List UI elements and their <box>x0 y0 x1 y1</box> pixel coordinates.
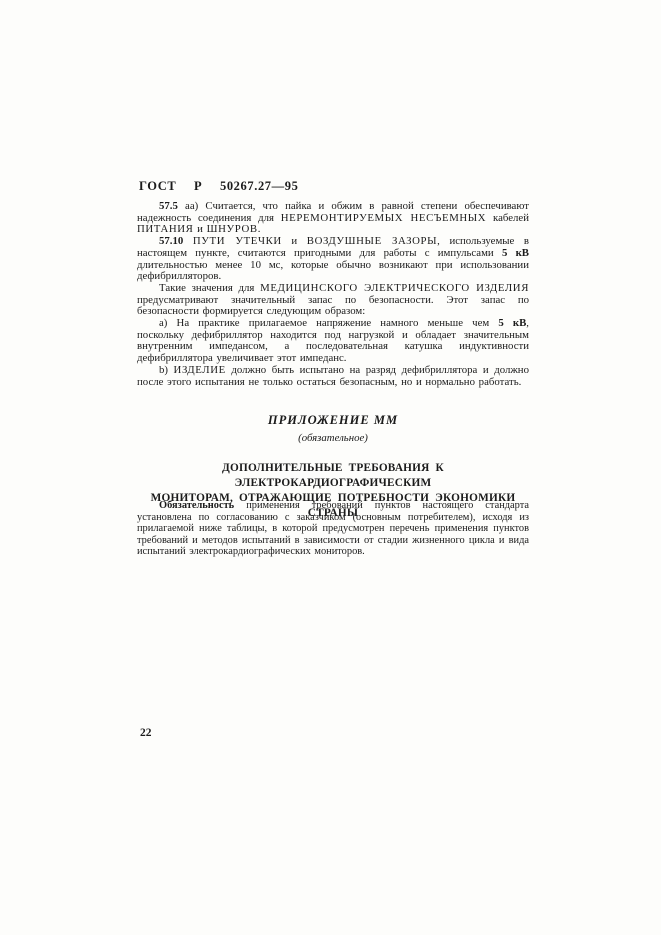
paragraph-57-10: 57.10 ПУТИ УТЕЧКИ и ВОЗДУШНЫЕ ЗАЗОРЫ, ис… <box>137 236 529 283</box>
paragraph-safety-margin: Такие значения для МЕДИЦИНСКОГО ЭЛЕКТРИЧ… <box>137 283 529 318</box>
running-header-gost-number: ГОСТ Р 50267.27—95 <box>139 179 298 194</box>
document-page: ГОСТ Р 50267.27—95 57.5 аа) Считается, ч… <box>0 0 661 935</box>
clause-number: 57.10 <box>159 235 183 247</box>
paragraph-item-a: а) На практике прилагаемое напряжение на… <box>137 318 529 365</box>
appendix-body: Обязательность применения требований пун… <box>137 500 529 558</box>
appendix-title: ПРИЛОЖЕНИЕ ММ <box>137 413 529 428</box>
appendix-subtitle: (обязательное) <box>137 432 529 444</box>
appendix-heading-line1: ДОПОЛНИТЕЛЬНЫЕ ТРЕБОВАНИЯ К ЭЛЕКТРОКАРДИ… <box>222 462 444 489</box>
section-57-body: 57.5 аа) Считается, что пайка и обжим в … <box>137 201 529 388</box>
page-number: 22 <box>140 727 152 739</box>
paragraph-item-b: b) ИЗДЕЛИЕ должно быть испытано на разря… <box>137 365 529 388</box>
appendix-paragraph: Обязательность применения требований пун… <box>137 500 529 558</box>
clause-number: 57.5 <box>159 200 178 212</box>
paragraph-57-5: 57.5 аа) Считается, что пайка и обжим в … <box>137 201 529 236</box>
